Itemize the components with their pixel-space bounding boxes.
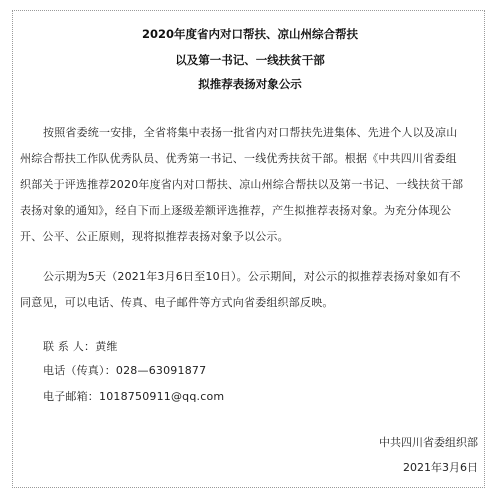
- paragraph1-line-1: 按照省委统一安排，全省将集中表扬一批省内对口帮扶先进集体、先进个人以及凉山: [43, 124, 457, 140]
- document-title-line-2: 以及第一书记、一线扶贫干部: [0, 52, 500, 68]
- contact-phone: 电话（传真）：028—63091877: [43, 362, 206, 378]
- paragraph2-line-2: 同意见，可以电话、传真、电子邮件等方式向省委组织部反映。: [20, 294, 334, 310]
- paragraph1-line-4: 表扬对象的通知》，经自下而上逐级差额评选推荐，产生拟推荐表扬对象。为充分体现公: [20, 202, 451, 218]
- contact-email: 电子邮箱：1018750911@qq.com: [43, 388, 224, 404]
- paragraph1-line-2: 州综合帮扶工作队优秀队员、优秀第一书记、一线优秀扶贫干部。根据《中共四川省委组: [20, 150, 457, 166]
- contact-person: 联 系 人：黄维: [43, 338, 118, 354]
- paragraph1-line-3: 织部关于评选推荐2020年度省内对口帮扶、凉山州综合帮扶以及第一书记、一线扶贫干…: [20, 176, 463, 192]
- paragraph1-line-5: 开、公平、公正原则，现将拟推荐表扬对象予以公示。: [20, 228, 289, 244]
- signature-date: 2021年3月6日: [403, 459, 478, 475]
- document-title-line-3: 拟推荐表扬对象公示: [0, 76, 500, 92]
- document-title-line-1: 2020年度省内对口帮扶、凉山州综合帮扶: [0, 26, 500, 42]
- signature-organization: 中共四川省委组织部: [379, 434, 478, 450]
- paragraph2-line-1: 公示期为5天（2021年3月6日至10日）。公示期间，对公示的拟推荐表扬对象如有…: [43, 268, 461, 284]
